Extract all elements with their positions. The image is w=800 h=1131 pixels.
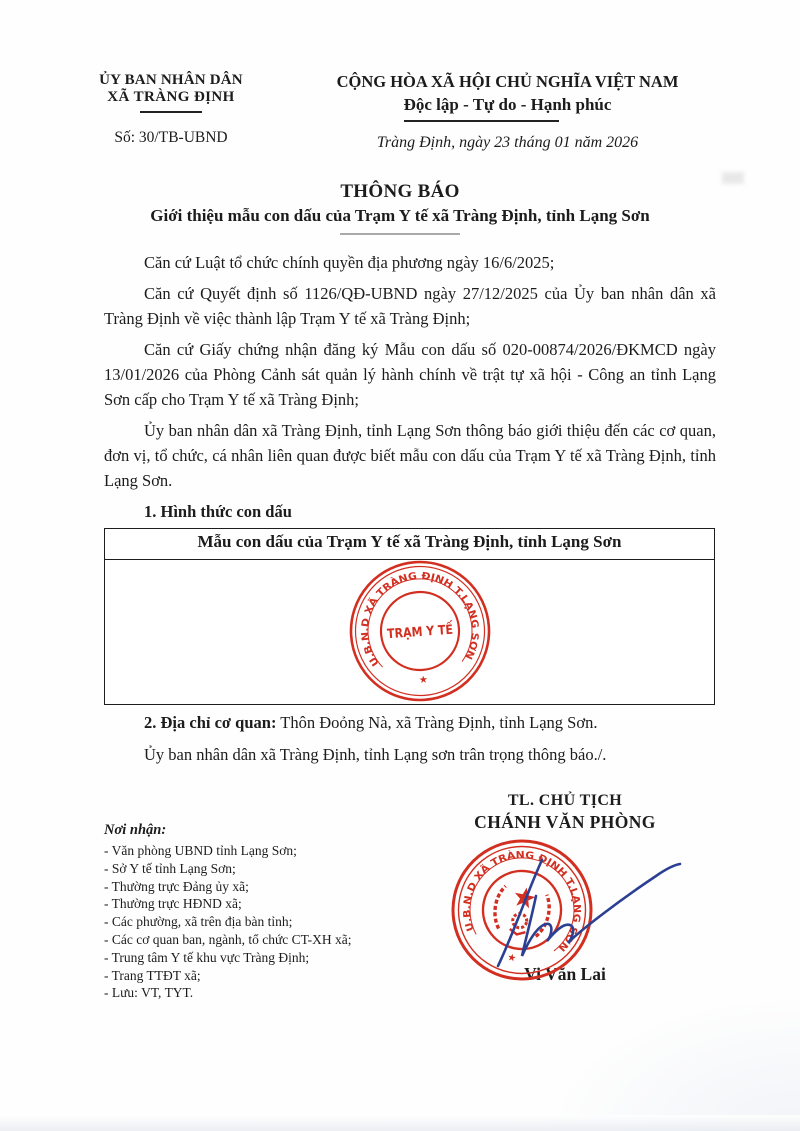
national-motto-block: CỘNG HÒA XÃ HỘI CHỦ NGHĨA VIỆT NAM Độc l… — [300, 72, 715, 152]
issuing-authority-line1: ỦY BAN NHÂN DÂN — [86, 72, 256, 89]
handwritten-signature — [470, 838, 700, 983]
recipient-item: - Trang TTĐT xã; — [104, 967, 434, 985]
recipient-item: - Sở Y tế tỉnh Lạng Sơn; — [104, 860, 434, 878]
recipient-item: - Văn phòng UBND tỉnh Lạng Sơn; — [104, 842, 434, 860]
document-body: Căn cứ Luật tổ chức chính quyền địa phươ… — [104, 250, 716, 524]
scan-bottom-edge — [0, 1115, 800, 1131]
document-type-title: THÔNG BÁO — [94, 181, 706, 203]
issuing-authority-block: ỦY BAN NHÂN DÂN XÃ TRÀNG ĐỊNH Số: 30/TB-… — [86, 72, 256, 147]
recipient-item: - Trung tâm Y tế khu vực Tràng Định; — [104, 949, 434, 967]
header-left-rule — [140, 111, 202, 113]
motto: Độc lập - Tự do - Hạnh phúc — [300, 95, 715, 115]
scan-corner-tint — [540, 991, 800, 1131]
paragraph-announcement: Ủy ban nhân dân xã Tràng Định, tỉnh Lạng… — [104, 418, 716, 493]
recipient-item: - Thường trực Đảng ủy xã; — [104, 878, 434, 896]
signature-position-line: CHÁNH VĂN PHÒNG — [420, 812, 710, 833]
section1-heading: 1. Hình thức con dấu — [104, 499, 716, 524]
recipient-item: - Các cơ quan ban, ngành, tổ chức CT-XH … — [104, 931, 434, 949]
recipients-label: Nơi nhận: — [104, 822, 434, 839]
title-rule — [340, 233, 460, 235]
closing-line: Ủy ban nhân dân xã Tràng Định, tỉnh Lạng… — [104, 745, 716, 765]
recipient-item: - Thường trực HĐND xã; — [104, 895, 434, 913]
paragraph-legal-basis-2: Căn cứ Quyết định số 1126/QĐ-UBND ngày 2… — [104, 281, 716, 331]
document-subject: Giới thiệu mẫu con dấu của Trạm Y tế xã … — [94, 206, 706, 226]
country-title: CỘNG HÒA XÃ HỘI CHỦ NGHĨA VIỆT NAM — [300, 72, 715, 92]
signature-authority-line: TL. CHỦ TỊCH — [420, 792, 710, 810]
seal-center-text: TRẠM Y TẾ — [387, 621, 454, 643]
seal-star-icon: ★ — [419, 675, 429, 687]
document-page: ỦY BAN NHÂN DÂN XÃ TRÀNG ĐỊNH Số: 30/TB-… — [0, 0, 800, 1131]
paragraph-legal-basis-1: Căn cứ Luật tổ chức chính quyền địa phươ… — [104, 250, 716, 275]
recipients-block: Nơi nhận: - Văn phòng UBND tỉnh Lạng Sơn… — [104, 822, 434, 1002]
document-number: Số: 30/TB-UBND — [86, 129, 256, 147]
place-date-line: Tràng Định, ngày 23 tháng 01 năm 2026 — [300, 134, 715, 152]
recipient-item: - Các phường, xã trên địa bàn tỉnh; — [104, 913, 434, 931]
section2-label: 2. Địa chỉ cơ quan: — [144, 713, 276, 732]
seal-ring-text: U.B.N.D XÃ TRÀNG ĐỊNH T.LẠNG SƠN — [356, 567, 483, 669]
recipient-item: - Lưu: VT, TYT. — [104, 984, 434, 1002]
section2-text: Thôn Đoỏng Nà, xã Tràng Định, tỉnh Lạng … — [276, 713, 597, 732]
section2-address: 2. Địa chỉ cơ quan: Thôn Đoỏng Nà, xã Tr… — [104, 713, 716, 733]
paragraph-legal-basis-3: Căn cứ Giấy chứng nhận đăng ký Mẫu con d… — [104, 337, 716, 412]
header-right-rule — [404, 120, 559, 122]
document-title-block: THÔNG BÁO Giới thiệu mẫu con dấu của Trạ… — [94, 181, 706, 235]
health-station-seal-image: U.B.N.D XÃ TRÀNG ĐỊNH T.LẠNG SƠN TRẠM Y … — [345, 556, 495, 706]
seal-sample-box: Mẫu con dấu của Trạm Y tế xã Tràng Định,… — [104, 528, 715, 705]
signature-title-block: TL. CHỦ TỊCH CHÁNH VĂN PHÒNG — [420, 792, 710, 833]
scan-smudge — [722, 172, 744, 184]
issuing-authority-line2: XÃ TRÀNG ĐỊNH — [86, 89, 256, 106]
svg-text:U.B.N.D XÃ TRÀNG ĐỊNH T.LẠNG S: U.B.N.D XÃ TRÀNG ĐỊNH T.LẠNG SƠN — [356, 567, 483, 669]
